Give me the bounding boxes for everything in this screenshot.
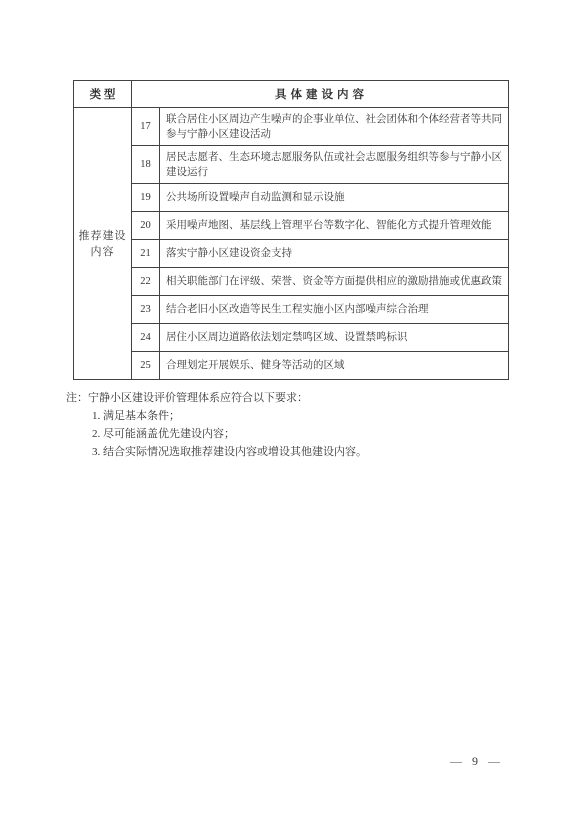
category-label-line1: 推荐建设	[75, 228, 130, 244]
row-number: 24	[132, 324, 160, 352]
note-item-3: 3. 结合实际情况选取推荐建设内容或增设其他建设内容。	[66, 443, 516, 461]
row-text: 相关职能部门在评级、荣誉、资金等方面提供相应的激励措施或优惠政策	[160, 268, 509, 296]
note-item-1: 1. 满足基本条件；	[66, 407, 516, 425]
row-number: 20	[132, 212, 160, 240]
table-row: 21 落实宁静小区建设资金支持	[74, 240, 509, 268]
table-row: 推荐建设 内容 17 联合居住小区周边产生噪声的企事业单位、社会团体和个体经营者…	[74, 108, 509, 146]
row-text: 公共场所设置噪声自动监测和显示设施	[160, 184, 509, 212]
column-header-type: 类 型	[74, 81, 132, 108]
row-number: 17	[132, 108, 160, 146]
category-label-line2: 内容	[75, 244, 130, 260]
footer-dash-right: —	[488, 754, 500, 769]
column-header-content: 具体建设内容	[132, 81, 509, 108]
row-text: 合理划定开展娱乐、健身等活动的区域	[160, 352, 509, 380]
note-item-2: 2. 尽可能涵盖优先建设内容；	[66, 425, 516, 443]
table-header-row: 类 型 具体建设内容	[74, 81, 509, 108]
category-cell: 推荐建设 内容	[74, 108, 132, 380]
document-page: 类 型 具体建设内容 推荐建设 内容 17 联合居住小区周边产生噪声的企事业单位…	[0, 0, 580, 813]
row-number: 19	[132, 184, 160, 212]
row-text: 采用噪声地图、基层线上管理平台等数字化、智能化方式提升管理效能	[160, 212, 509, 240]
construction-content-table: 类 型 具体建设内容 推荐建设 内容 17 联合居住小区周边产生噪声的企事业单位…	[73, 80, 509, 380]
table-row: 22 相关职能部门在评级、荣誉、资金等方面提供相应的激励措施或优惠政策	[74, 268, 509, 296]
footer-dash-left: —	[450, 754, 462, 769]
row-text: 落实宁静小区建设资金支持	[160, 240, 509, 268]
table-row: 18 居民志愿者、生态环境志愿服务队伍或社会志愿服务组织等参与宁静小区建设运行	[74, 146, 509, 184]
row-number: 21	[132, 240, 160, 268]
notes-section: 注：宁静小区建设评价管理体系应符合以下要求： 1. 满足基本条件； 2. 尽可能…	[66, 389, 516, 461]
row-text: 居住小区周边道路依法划定禁鸣区域、设置禁鸣标识	[160, 324, 509, 352]
table-row: 19 公共场所设置噪声自动监测和显示设施	[74, 184, 509, 212]
table-row: 24 居住小区周边道路依法划定禁鸣区域、设置禁鸣标识	[74, 324, 509, 352]
row-number: 22	[132, 268, 160, 296]
row-text: 联合居住小区周边产生噪声的企事业单位、社会团体和个体经营者等共同参与宁静小区建设…	[160, 108, 509, 146]
row-text: 居民志愿者、生态环境志愿服务队伍或社会志愿服务组织等参与宁静小区建设运行	[160, 146, 509, 184]
table-row: 25 合理划定开展娱乐、健身等活动的区域	[74, 352, 509, 380]
row-number: 18	[132, 146, 160, 184]
row-number: 25	[132, 352, 160, 380]
page-footer: — 9 —	[450, 754, 500, 769]
table-row: 20 采用噪声地图、基层线上管理平台等数字化、智能化方式提升管理效能	[74, 212, 509, 240]
page-number: 9	[472, 754, 478, 769]
notes-heading: 注：宁静小区建设评价管理体系应符合以下要求：	[66, 389, 516, 407]
row-number: 23	[132, 296, 160, 324]
row-text: 结合老旧小区改造等民生工程实施小区内部噪声综合治理	[160, 296, 509, 324]
table-row: 23 结合老旧小区改造等民生工程实施小区内部噪声综合治理	[74, 296, 509, 324]
